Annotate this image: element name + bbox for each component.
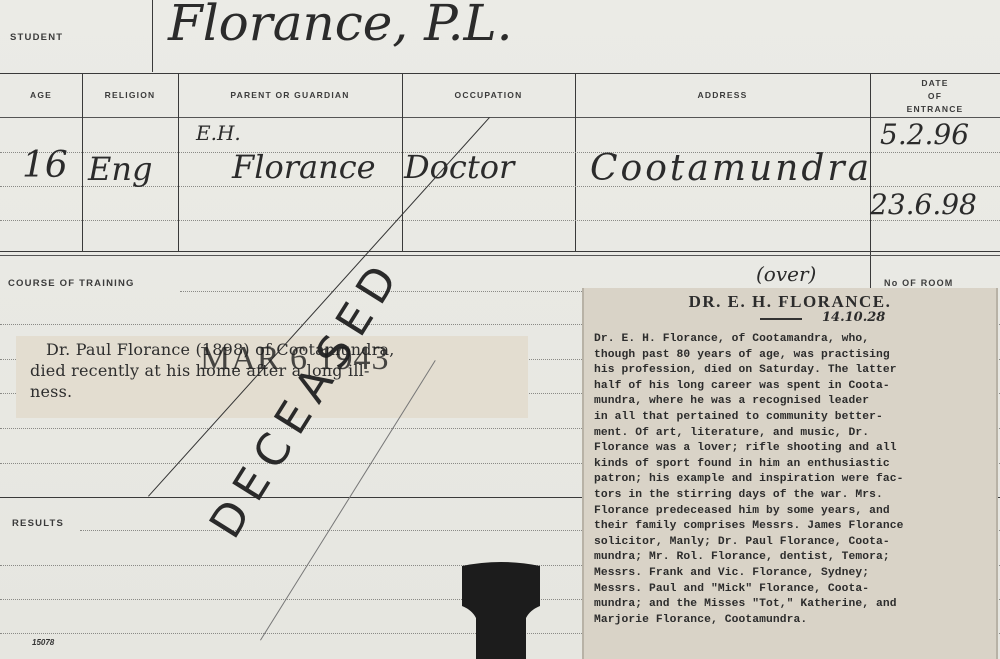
religion-value: Eng — [88, 150, 152, 188]
obituary-date-row: 14.10.28 — [584, 312, 996, 332]
date-header-line3: ENTRANCE — [870, 103, 1000, 116]
religion-header: RELIGION — [82, 90, 178, 100]
results-label: RESULTS — [12, 518, 64, 529]
occupation-value: Doctor — [404, 148, 514, 186]
student-record-card: STUDENT Florance, P.L. AGE RELIGION PARE… — [0, 0, 1000, 659]
date-of-entrance-1: 5.2.96 — [880, 118, 969, 151]
address-value: Cootamundra — [590, 148, 872, 189]
parent-header: PARENT OR GUARDIAN — [178, 90, 402, 100]
parent-surname: Florance — [232, 148, 376, 186]
obituary-rule — [760, 318, 802, 320]
obituary-body: Dr. E. H. Florance, of Cootamandra, who,… — [584, 332, 996, 628]
data-dotline-3 — [0, 220, 1000, 221]
date-of-entrance-header: DATE OF ENTRANCE — [870, 77, 1000, 116]
address-header: ADDRESS — [575, 90, 870, 100]
age-value: 16 — [22, 145, 68, 186]
card-file-tab-icon — [456, 560, 546, 659]
header-bottom-line — [0, 117, 1000, 118]
over-note: (over) — [756, 262, 816, 286]
card-serial-number: 15078 — [32, 638, 54, 647]
data-bottom-line — [0, 251, 1000, 252]
data-bottom-line-2 — [0, 255, 1000, 256]
date-stamp: MAR 6 1943 — [200, 340, 389, 378]
date-header-line1: DATE — [870, 77, 1000, 90]
student-divider — [152, 0, 153, 72]
course-of-training-label: COURSE OF TRAINING — [8, 278, 135, 289]
date-of-entrance-2: 23.6.98 — [870, 188, 977, 221]
date-header-line2: OF — [870, 90, 1000, 103]
student-label: STUDENT — [10, 32, 63, 43]
occupation-header: OCCUPATION — [402, 90, 575, 100]
student-name: Florance, P.L. — [168, 0, 513, 52]
obituary-handwritten-date: 14.10.28 — [822, 310, 885, 325]
age-header: AGE — [0, 90, 82, 100]
clipping-obituary: DR. E. H. FLORANCE. 14.10.28 Dr. E. H. F… — [582, 288, 998, 659]
no-of-room-label: No OF ROOM — [884, 278, 954, 288]
header-top-line — [0, 73, 1000, 74]
obituary-title: DR. E. H. FLORANCE. — [584, 292, 996, 312]
parent-initials: E.H. — [196, 121, 241, 145]
